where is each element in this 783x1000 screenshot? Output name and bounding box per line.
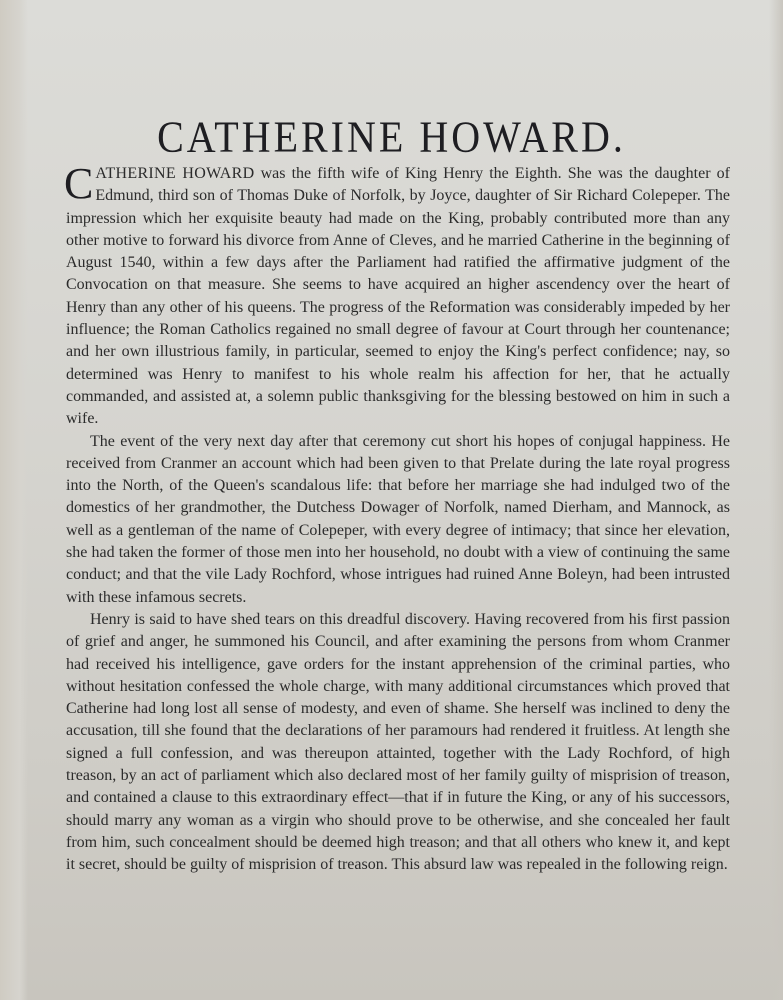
article-body: CATHERINE HOWARD was the fifth wife of K…: [66, 163, 730, 877]
drop-cap: C: [64, 165, 93, 203]
paragraph-1-text: was the fifth wife of King Henry the Eig…: [66, 165, 730, 427]
paragraph-2: The event of the very next day after tha…: [66, 431, 730, 609]
lead-caps: ATHERINE HOWARD: [95, 165, 254, 182]
page-title: CATHERINE HOWARD.: [0, 110, 783, 163]
paragraph-1: CATHERINE HOWARD was the fifth wife of K…: [66, 163, 730, 431]
paragraph-3: Henry is said to have shed tears on this…: [66, 609, 730, 877]
